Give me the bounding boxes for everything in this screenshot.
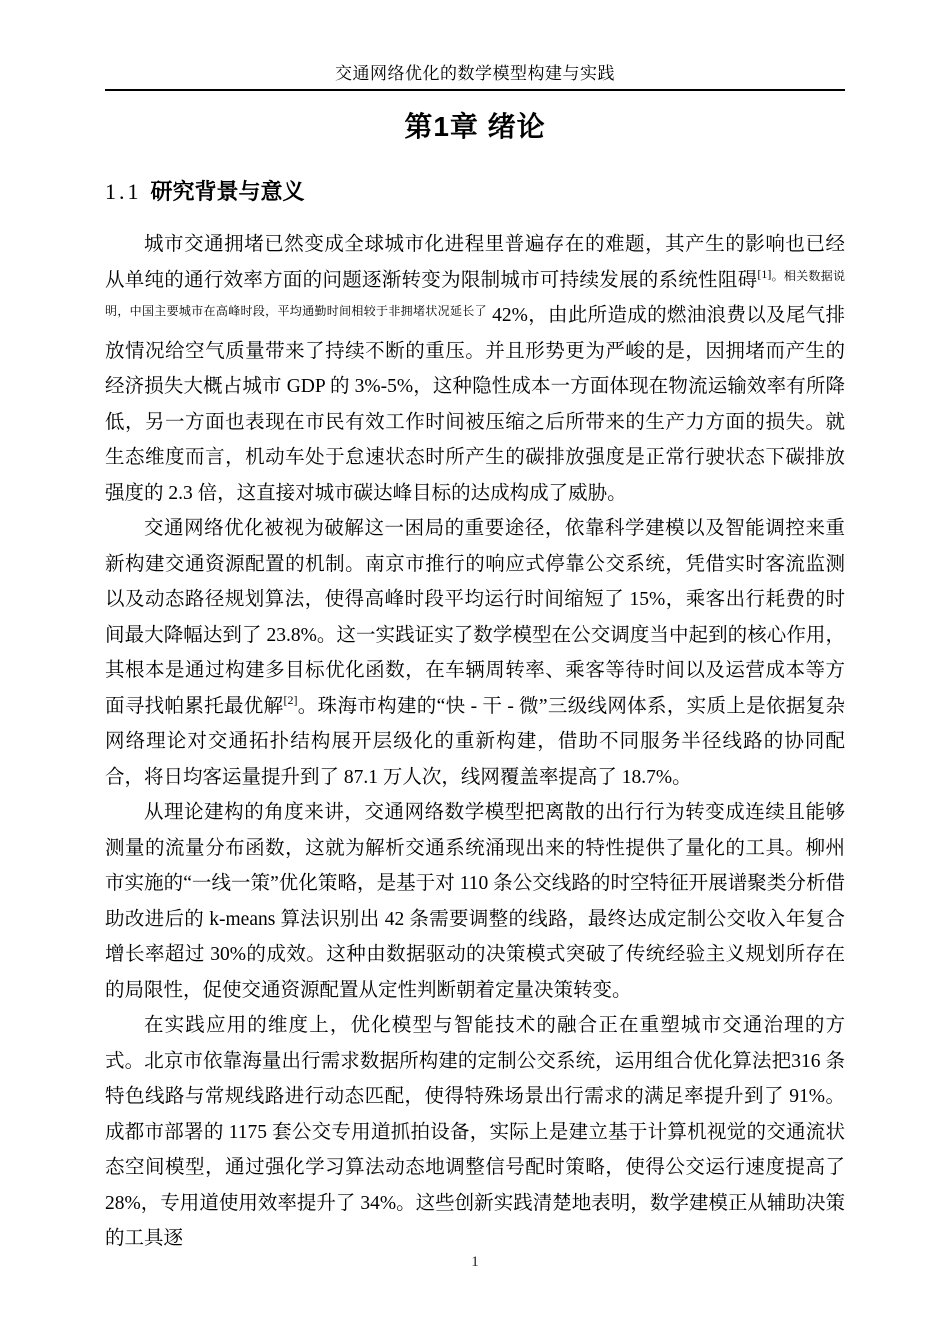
section-number: 1.1 bbox=[105, 179, 142, 204]
page-header: 交通网络优化的数学模型构建与实践 bbox=[105, 64, 845, 91]
paragraph-2-text-a: 交通网络优化被视为破解这一困局的重要途径，依靠科学建模以及智能调控来重新构建交通… bbox=[105, 518, 845, 717]
citation-ref-1: [1] bbox=[757, 267, 771, 281]
paragraph-1-text-b: 42%，由此所造成的燃油浪费以及尾气排放情况给空气质量带来了持续不断的重压。并且… bbox=[105, 305, 845, 504]
document-body: 城市交通拥堵已然变成全球城市化进程里普遍存在的难题，其产生的影响也已经从单纯的通… bbox=[105, 227, 845, 1257]
paragraph-3: 从理论建构的角度来讲，交通网络数学模型把离散的出行行为转变成连续且能够测量的流量… bbox=[105, 795, 845, 1008]
paragraph-1-text-a: 城市交通拥堵已然变成全球城市化进程里普遍存在的难题，其产生的影响也已经从单纯的通… bbox=[105, 234, 845, 291]
page-number: 1 bbox=[0, 1254, 950, 1270]
chapter-title: 第1章 绪论 bbox=[105, 107, 845, 147]
page-footer: 1 bbox=[0, 1254, 950, 1270]
paragraph-3-text: 从理论建构的角度来讲，交通网络数学模型把离散的出行行为转变成连续且能够测量的流量… bbox=[105, 802, 845, 1001]
running-header-title: 交通网络优化的数学模型构建与实践 bbox=[105, 64, 845, 84]
paragraph-2: 交通网络优化被视为破解这一困局的重要途径，依靠科学建模以及智能调控来重新构建交通… bbox=[105, 511, 845, 795]
paragraph-4-text: 在实践应用的维度上，优化模型与智能技术的融合正在重塑城市交通治理的方式。北京市依… bbox=[105, 1015, 845, 1249]
header-rule bbox=[105, 89, 845, 91]
paragraph-4: 在实践应用的维度上，优化模型与智能技术的融合正在重塑城市交通治理的方式。北京市依… bbox=[105, 1008, 845, 1257]
section-title: 1.1研究背景与意义 bbox=[105, 177, 845, 207]
section-title-text: 研究背景与意义 bbox=[151, 179, 305, 204]
document-page: 交通网络优化的数学模型构建与实践 第1章 绪论 1.1研究背景与意义 城市交通拥… bbox=[0, 0, 950, 1344]
paragraph-1: 城市交通拥堵已然变成全球城市化进程里普遍存在的难题，其产生的影响也已经从单纯的通… bbox=[105, 227, 845, 511]
citation-ref-2: [2] bbox=[283, 693, 297, 707]
